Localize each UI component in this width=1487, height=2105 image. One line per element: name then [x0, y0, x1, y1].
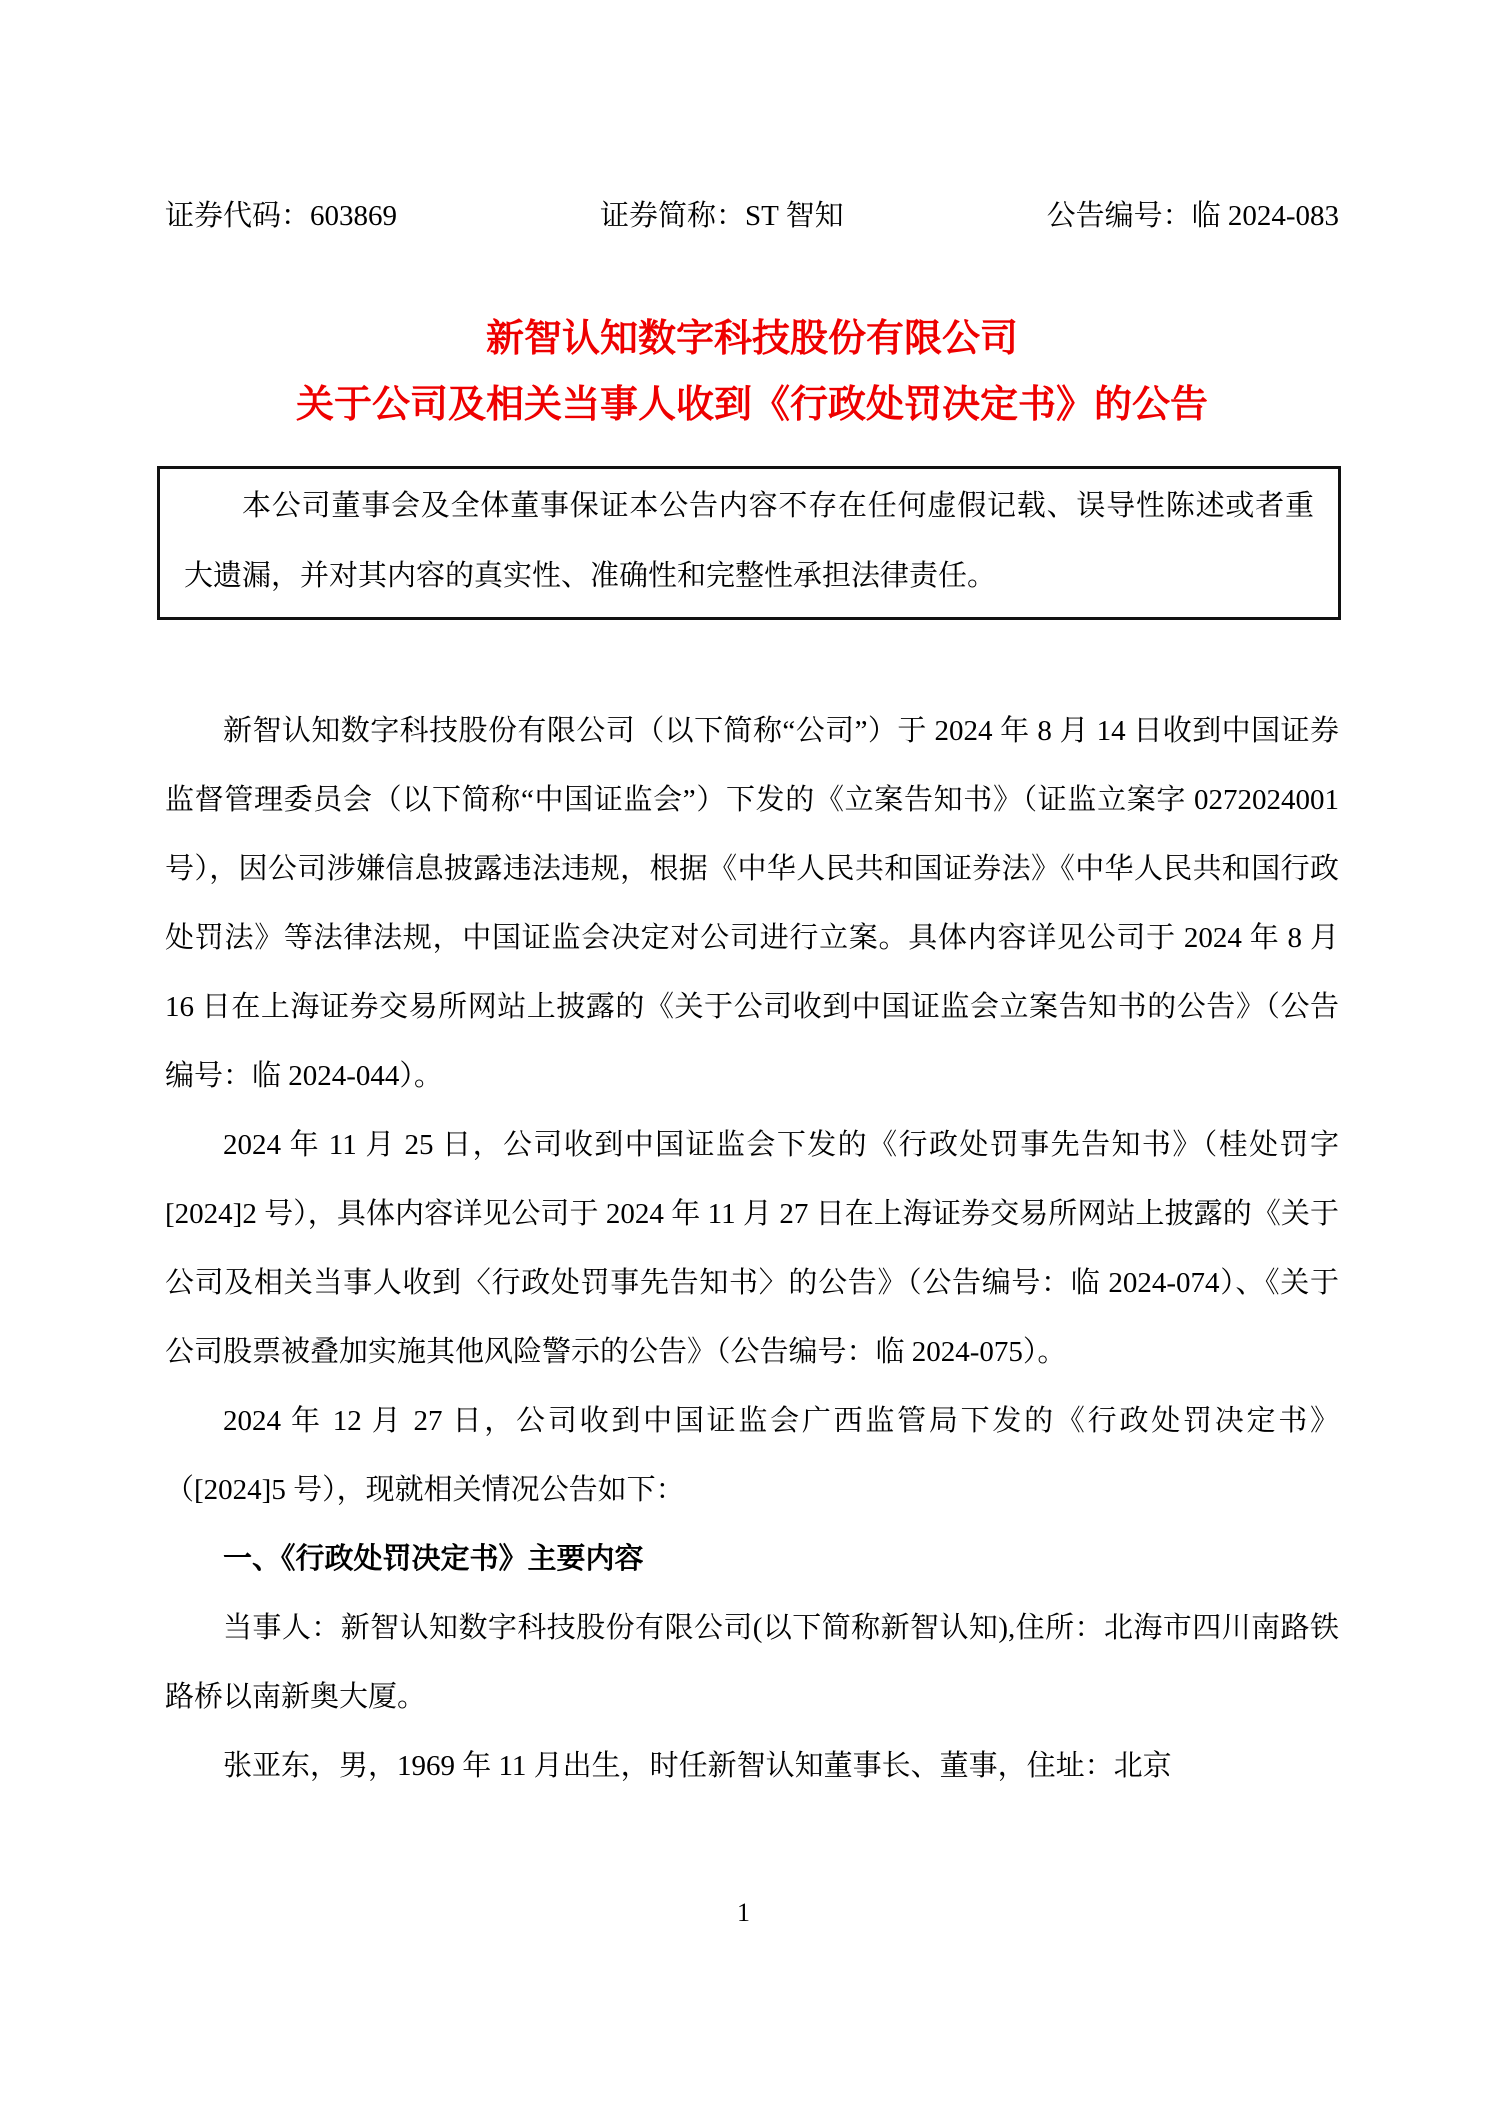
announcement-page: 证券代码：603869 证券简称：ST 智知 公告编号：临 2024-083 新… — [0, 0, 1487, 2105]
disclaimer-text: 本公司董事会及全体董事保证本公告内容不存在任何虚假记载、误导性陈述或者重大遗漏，… — [184, 471, 1314, 611]
body-paragraph: 2024 年 12 月 27 日，公司收到中国证监会广西监管局下发的《行政处罚决… — [165, 1387, 1339, 1525]
body-paragraph: 当事人：新智认知数字科技股份有限公司(以下简称新智认知),住所：北海市四川南路铁… — [165, 1594, 1339, 1732]
body-text: 新智认知数字科技股份有限公司（以下简称“公司”）于 2024 年 8 月 14 … — [165, 697, 1339, 1801]
body-paragraph: 张亚东，男，1969 年 11 月出生，时任新智认知董事长、董事，住址：北京 — [165, 1732, 1339, 1801]
company-name-title: 新智认知数字科技股份有限公司 — [165, 306, 1339, 372]
announcement-subject-title: 关于公司及相关当事人收到《行政处罚决定书》的公告 — [165, 372, 1339, 438]
announcement-number: 公告编号：临 2024-083 — [1047, 196, 1339, 236]
stock-abbreviation: 证券简称：ST 智知 — [600, 196, 844, 236]
page-content: 证券代码：603869 证券简称：ST 智知 公告编号：临 2024-083 新… — [165, 0, 1339, 1801]
body-paragraph: 2024 年 11 月 25 日，公司收到中国证监会下发的《行政处罚事先告知书》… — [165, 1111, 1339, 1387]
section-heading: 一、《行政处罚决定书》主要内容 — [165, 1525, 1339, 1594]
page-number: 1 — [0, 1896, 1487, 1930]
stock-code: 证券代码：603869 — [165, 196, 397, 236]
document-header: 证券代码：603869 证券简称：ST 智知 公告编号：临 2024-083 — [165, 196, 1339, 236]
body-paragraph: 新智认知数字科技股份有限公司（以下简称“公司”）于 2024 年 8 月 14 … — [165, 697, 1339, 1111]
disclaimer-box: 本公司董事会及全体董事保证本公告内容不存在任何虚假记载、误导性陈述或者重大遗漏，… — [157, 466, 1341, 620]
